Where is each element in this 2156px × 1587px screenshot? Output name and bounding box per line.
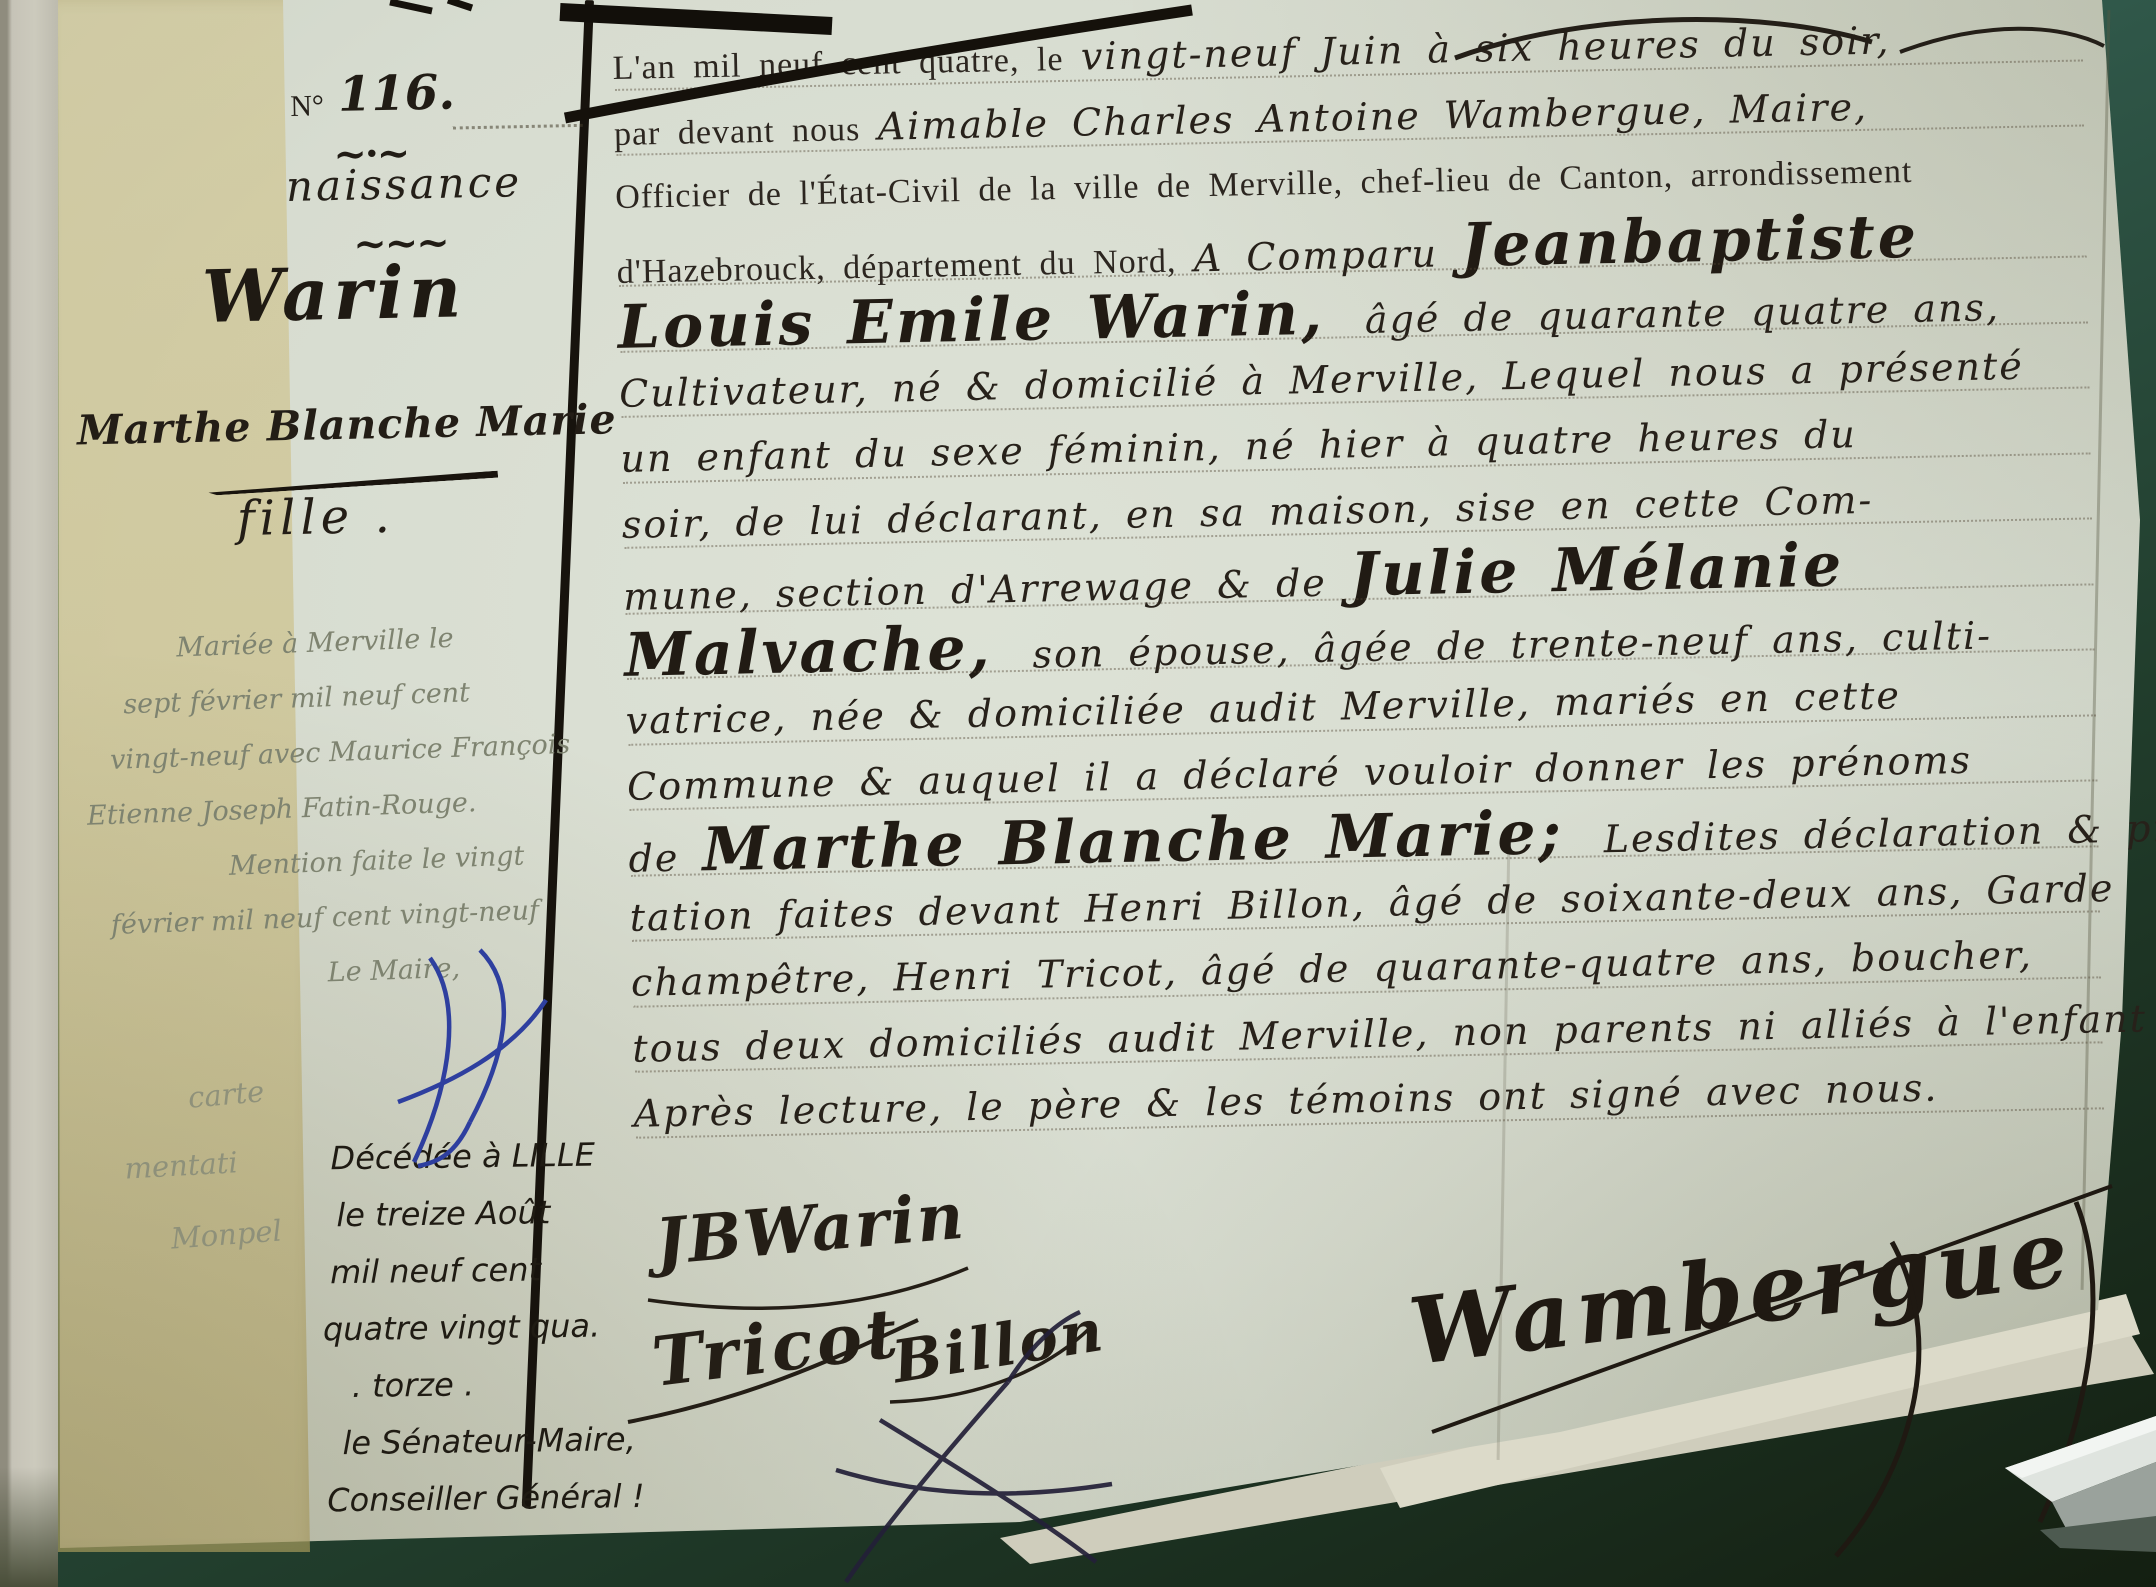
- death-marginal-note: Décédée à LILLEle treize Aoûtmil neuf ce…: [320, 1126, 645, 1529]
- act-line-segment: Julie Mélanie: [1349, 530, 1853, 610]
- dotted-rule: [453, 124, 583, 130]
- note-line: Décédée à LILLE: [330, 1126, 640, 1187]
- note-line: . torze .: [351, 1354, 643, 1415]
- act-type-naissance: naissance: [285, 157, 522, 211]
- act-line-segment: par devant nous: [614, 110, 878, 152]
- margin-column: N° 116. ~·~ naissance ~~~ Warin Marthe B…: [0, 0, 633, 1587]
- child-sex-mention: fille .: [236, 488, 395, 547]
- act-line-segment: vingt-neuf Juin à six heures du soir,: [1080, 18, 1890, 78]
- act-number: 116.: [337, 64, 455, 122]
- note-line: mil neuf cent: [330, 1240, 642, 1301]
- marriage-marginal-note: Mariée à Merville lesept février mil neu…: [80, 607, 578, 1009]
- binder-clip-icon: [2005, 1416, 2156, 1552]
- note-line: Le Maire,: [327, 937, 579, 1001]
- act-body: L'an mil neuf cent quatre, le vingt-neuf…: [612, 4, 2134, 1147]
- child-surname: Warin: [201, 248, 467, 339]
- act-line-segment: Jeanbaptiste: [1460, 201, 1927, 280]
- pencil-fragment-3: Monpel: [170, 1214, 283, 1256]
- note-line: Conseiller Général !: [327, 1468, 645, 1529]
- act-number-label: N°: [290, 89, 324, 124]
- note-line: le Sénateur-Maire,: [342, 1411, 644, 1472]
- act-line-segment: Lesdites déclaration & présen-: [1603, 804, 2156, 862]
- note-line: le treize Août: [336, 1183, 641, 1244]
- child-given-names: Marthe Blanche Marie: [77, 395, 617, 454]
- register-photo: N° 116. ~·~ naissance ~~~ Warin Marthe B…: [0, 0, 2156, 1587]
- act-line-segment: Aimable Charles Antoine Wambergue, Maire…: [877, 84, 1868, 148]
- pencil-fragment-2: mentati: [124, 1145, 239, 1185]
- act-line-segment: L'an mil neuf cent quatre, le: [612, 41, 1081, 87]
- act-line-segment: A Comparu: [1193, 231, 1461, 280]
- act-line-segment: âgé de quarante quatre ans,: [1364, 285, 2000, 342]
- note-line: quatre vingt qua.: [323, 1297, 643, 1358]
- act-line-segment: Malvache,: [624, 612, 1033, 690]
- act-line-segment: de: [628, 835, 703, 880]
- pencil-fragment: carte: [187, 1074, 266, 1115]
